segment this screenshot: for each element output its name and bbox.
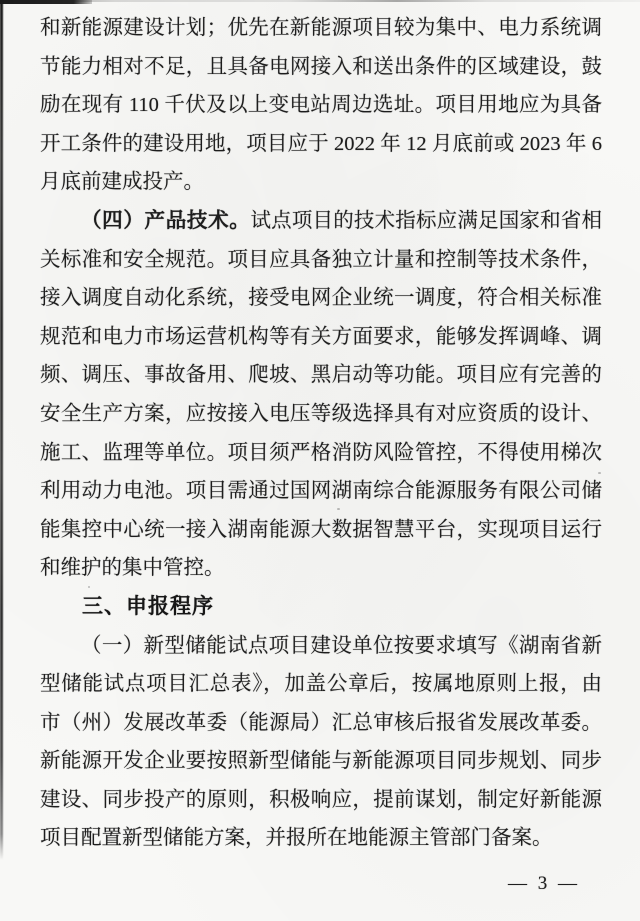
scan-left-edge-shadow: [0, 0, 3, 860]
section-heading-declaration-procedure: 三、申报程序: [40, 588, 602, 627]
paragraph-declaration-step-one: （一）新型储能试点项目建设单位按要求填写《湖南省新型储能试点项目汇总表》，加盖公…: [40, 627, 602, 859]
paragraph-text: （一）新型储能试点项目建设单位按要求填写《湖南省新型储能试点项目汇总表》，加盖公…: [40, 635, 602, 850]
document-text-column: 和新能源建设计划；优先在新能源项目较为集中、电力系统调节能力相对不足，且具备电网…: [40, 9, 602, 858]
scanned-document-page: 和新能源建设计划；优先在新能源项目较为集中、电力系统调节能力相对不足，且具备电网…: [0, 0, 640, 921]
paragraph-text: 和新能源建设计划；优先在新能源项目较为集中、电力系统调节能力相对不足，且具备电网…: [40, 17, 602, 193]
paragraph-product-technology: （四）产品技术。试点项目的技术指标应满足国家和省相关标准和安全规范。项目应具备独…: [40, 202, 602, 588]
page-number: — 3 —: [508, 873, 580, 895]
paragraph-text: 试点项目的技术指标应满足国家和省相关标准和安全规范。项目应具备独立计量和控制等技…: [40, 210, 602, 579]
paragraph-continuation: 和新能源建设计划；优先在新能源项目较为集中、电力系统调节能力相对不足，且具备电网…: [40, 9, 602, 202]
paragraph-lead-label: （四）产品技术。: [81, 209, 251, 232]
scan-top-corner-mark: [0, 0, 92, 4]
scan-top-edge-line: [0, 0, 640, 2]
